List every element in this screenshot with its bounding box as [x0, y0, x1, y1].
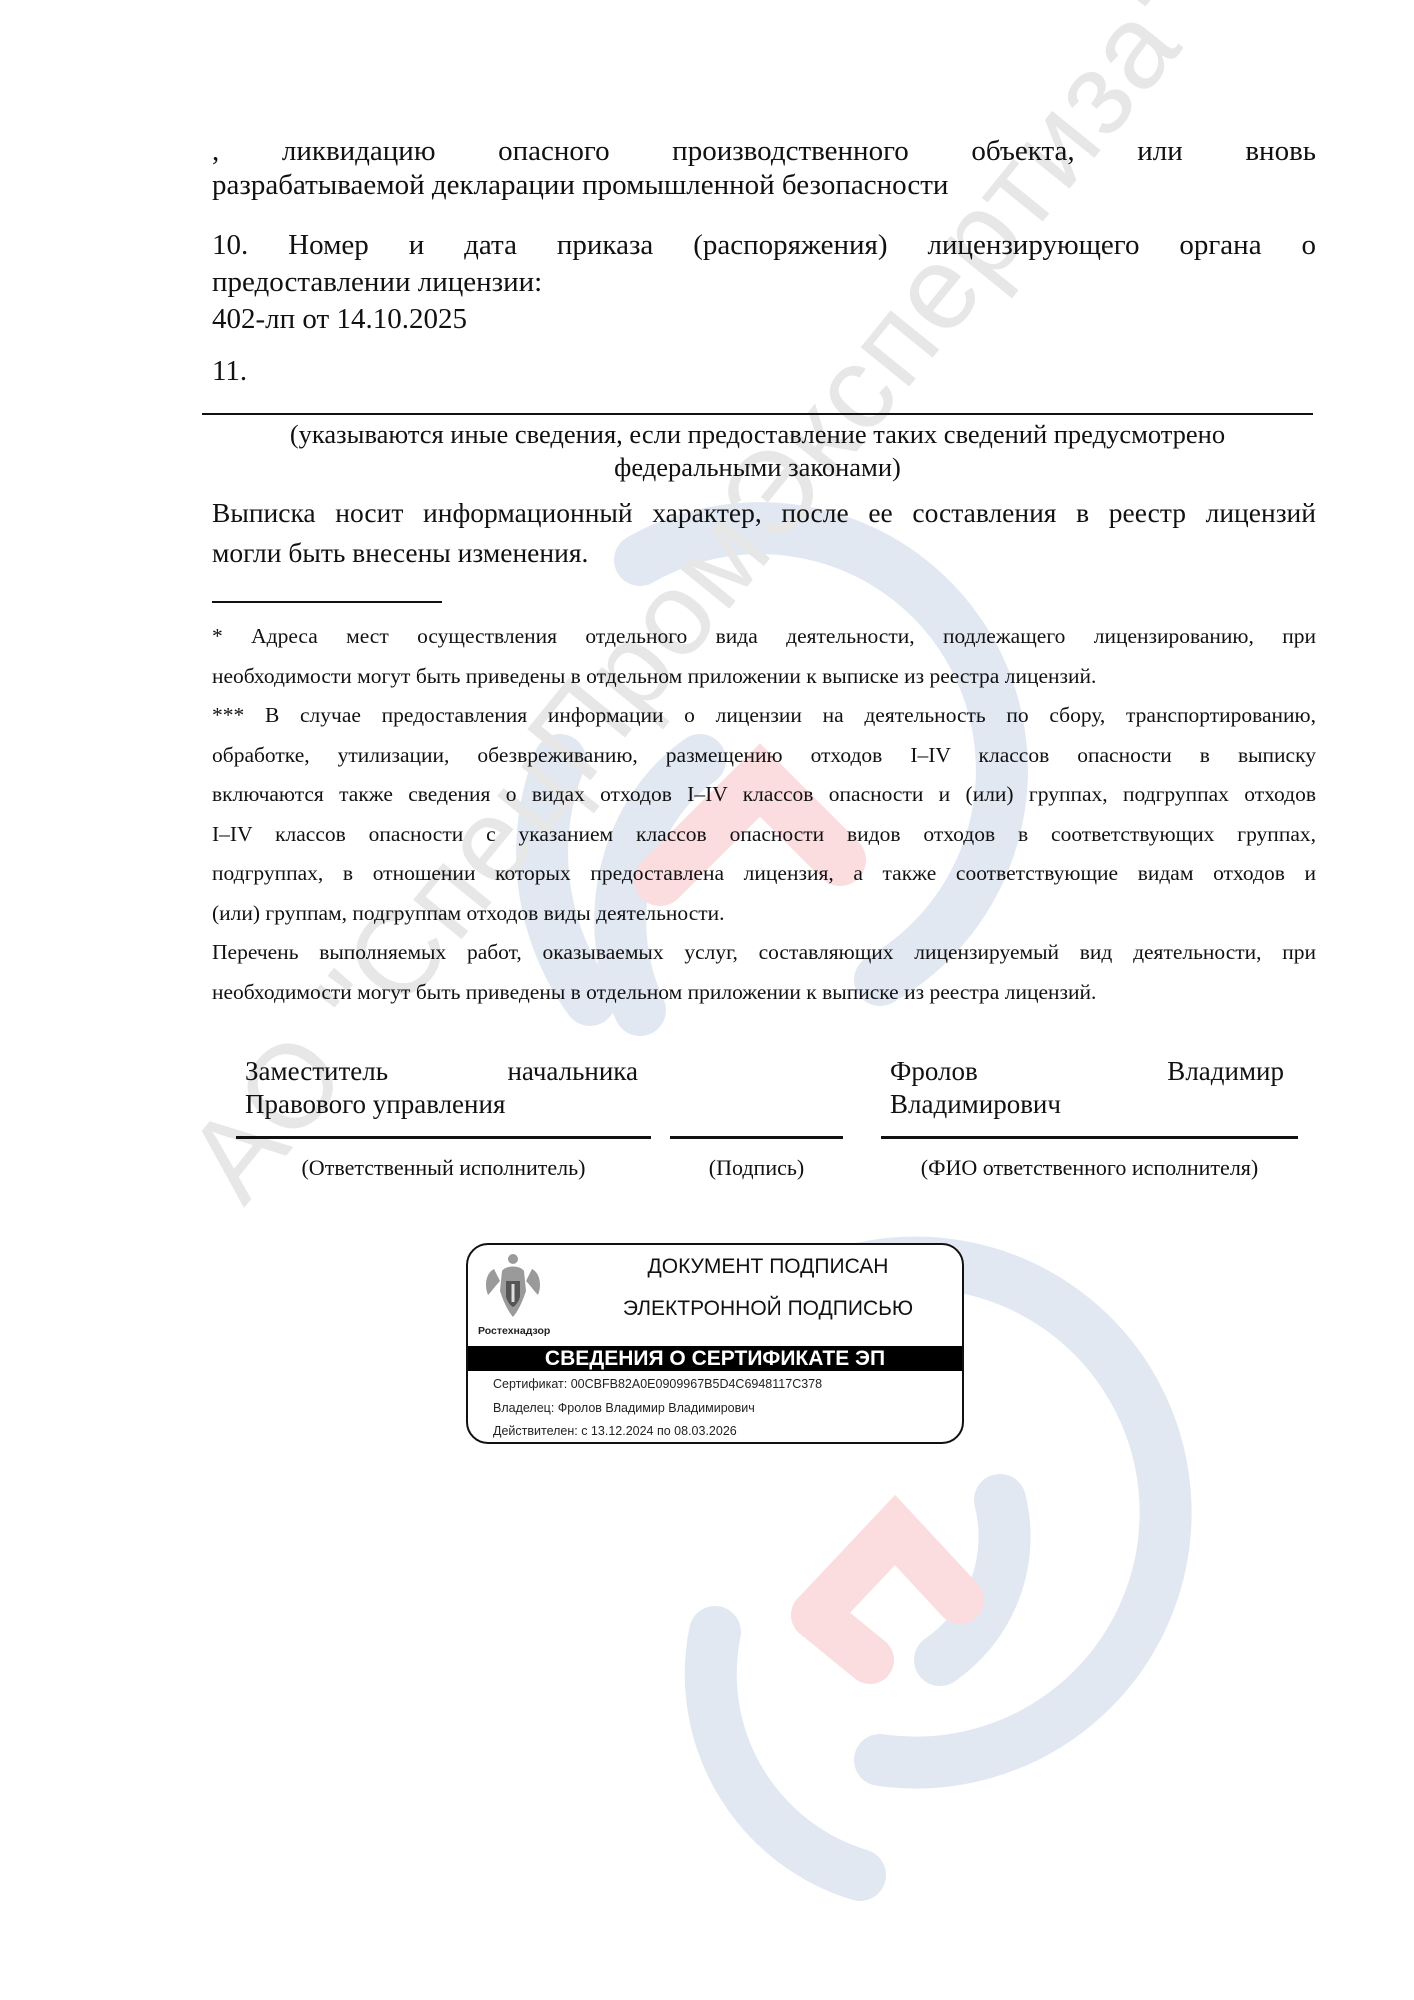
- eagle-emblem-icon: [482, 1251, 544, 1321]
- stamp-title-line-1: ДОКУМЕНТ ПОДПИСАН: [598, 1255, 938, 1279]
- disclaimer-line-1: Выписка носит информационный характер, п…: [212, 493, 1316, 533]
- license-order-value: 402-лп от 14.10.2025: [212, 300, 1316, 338]
- item-10: 10. Номер и дата приказа (распоряжения) …: [212, 226, 1316, 338]
- certificate-section-header: СВЕДЕНИЯ О СЕРТИФИКАТЕ ЭП: [468, 1346, 962, 1371]
- other-info-rule: [202, 413, 1313, 415]
- continuation-line-2: разрабатываемой декларации промышленной …: [212, 166, 1316, 204]
- signature-line: [670, 1136, 843, 1139]
- signer-position: Заместитель начальника Правового управле…: [245, 1055, 638, 1121]
- signer-position-line-1: Заместитель начальника: [245, 1055, 638, 1088]
- certificate-validity: Действителен: с 13.12.2024 по 08.03.2026: [493, 1424, 737, 1438]
- certificate-number: Сертификат: 00CBFB82A0E0909967B5D4C69481…: [493, 1377, 822, 1391]
- stamp-title-line-2: ЭЛЕКТРОННОЙ ПОДПИСЬЮ: [588, 1297, 948, 1321]
- footnote-line: подгруппах, в отношении которых предоста…: [212, 854, 1316, 894]
- disclaimer-line-2: могли быть внесены изменения.: [212, 533, 1316, 573]
- footnote-line: включаются также сведения о видах отходо…: [212, 775, 1316, 815]
- footnote-line: *** В случае предоставления информации о…: [212, 696, 1316, 736]
- footnote-line: необходимости могут быть приведены в отд…: [212, 973, 1316, 1013]
- signer-name: Фролов Владимир Владимирович: [890, 1055, 1284, 1121]
- other-info-caption: (указываются иные сведения, если предост…: [202, 418, 1313, 484]
- label-responsible-executor: (Ответственный исполнитель): [236, 1155, 651, 1181]
- footnote-line: I–IV классов опасности с указанием класс…: [212, 815, 1316, 855]
- e-signature-stamp: Ростехнадзор ДОКУМЕНТ ПОДПИСАН ЭЛЕКТРОНН…: [466, 1243, 964, 1444]
- footnote-line: необходимости могут быть приведены в отд…: [212, 657, 1316, 697]
- continuation-line-1: , ликвидацию опасного производственного …: [212, 132, 1316, 170]
- footnote-line: (или) группам, подгруппам отходов виды д…: [212, 894, 1316, 934]
- name-signature-line: [881, 1136, 1298, 1139]
- other-info-caption-line-2: федеральными законами): [202, 451, 1313, 484]
- signer-position-line-2: Правового управления: [245, 1088, 638, 1121]
- footnote-line: * Адреса мест осуществления отдельного в…: [212, 617, 1316, 657]
- continuation-paragraph: , ликвидацию опасного производственного …: [212, 132, 1316, 204]
- certificate-owner: Владелец: Фролов Владимир Владимирович: [493, 1401, 755, 1415]
- item-10-line-1: 10. Номер и дата приказа (распоряжения) …: [212, 226, 1316, 264]
- item-10-line-2: предоставлении лицензии:: [212, 263, 1316, 301]
- disclaimer: Выписка носит информационный характер, п…: [212, 493, 1316, 573]
- org-name: Ростехнадзор: [478, 1325, 550, 1337]
- footnotes: * Адреса мест осуществления отдельного в…: [212, 617, 1316, 1012]
- label-executor-name: (ФИО ответственного исполнителя): [881, 1155, 1298, 1181]
- label-signature: (Подпись): [670, 1155, 843, 1181]
- item-11: 11.: [212, 352, 1316, 390]
- footnote-line: обработке, утилизации, обезвреживанию, р…: [212, 736, 1316, 776]
- signer-name-line-1: Фролов Владимир: [890, 1055, 1284, 1088]
- footnote-separator: [212, 601, 442, 603]
- footnote-line: Перечень выполняемых работ, оказываемых …: [212, 933, 1316, 973]
- other-info-caption-line-1: (указываются иные сведения, если предост…: [202, 418, 1313, 451]
- signer-name-line-2: Владимирович: [890, 1088, 1284, 1121]
- position-signature-line: [236, 1136, 651, 1139]
